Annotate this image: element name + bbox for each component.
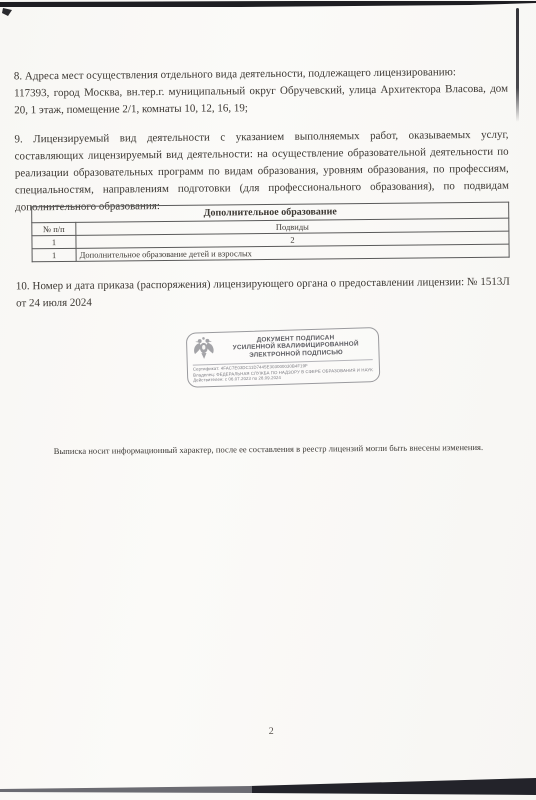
row-num-cell: 1 — [32, 248, 76, 261]
coat-of-arms-icon — [192, 336, 216, 363]
row-subtype-cell: Дополнительное образование детей и взрос… — [76, 244, 509, 261]
scanned-license-page: 8. Адреса мест осуществления отдельного … — [0, 0, 536, 800]
footnote: Выписка носит информационный характер, п… — [0, 441, 536, 457]
clause-10: 10. Номер и дата приказа (распоряжения) … — [16, 274, 510, 313]
document-content: 8. Адреса мест осуществления отдельного … — [0, 0, 536, 800]
digital-signature-stamp: ДОКУМЕНТ ПОДПИСАН УСИЛЕННОЙ КВАЛИФИЦИРОВ… — [186, 327, 381, 388]
clause-8-address: 117393, город Москва, вн.тер.г. муниципа… — [14, 81, 508, 120]
page-number: 2 — [3, 723, 536, 739]
col-header-num: № п/п — [32, 222, 76, 235]
clause-8: 8. Адреса мест осуществления отдельного … — [14, 64, 508, 120]
stamp-title: ДОКУМЕНТ ПОДПИСАН УСИЛЕННОЙ КВАЛИФИЦИРОВ… — [219, 333, 373, 360]
index-cell-1: 1 — [32, 235, 76, 248]
additional-education-table-wrap: Дополнительное образование № п/п Подвиды… — [31, 202, 510, 263]
additional-education-table: Дополнительное образование № п/п Подвиды… — [31, 202, 510, 263]
stamp-header: ДОКУМЕНТ ПОДПИСАН УСИЛЕННОЙ КВАЛИФИЦИРОВ… — [192, 331, 373, 362]
